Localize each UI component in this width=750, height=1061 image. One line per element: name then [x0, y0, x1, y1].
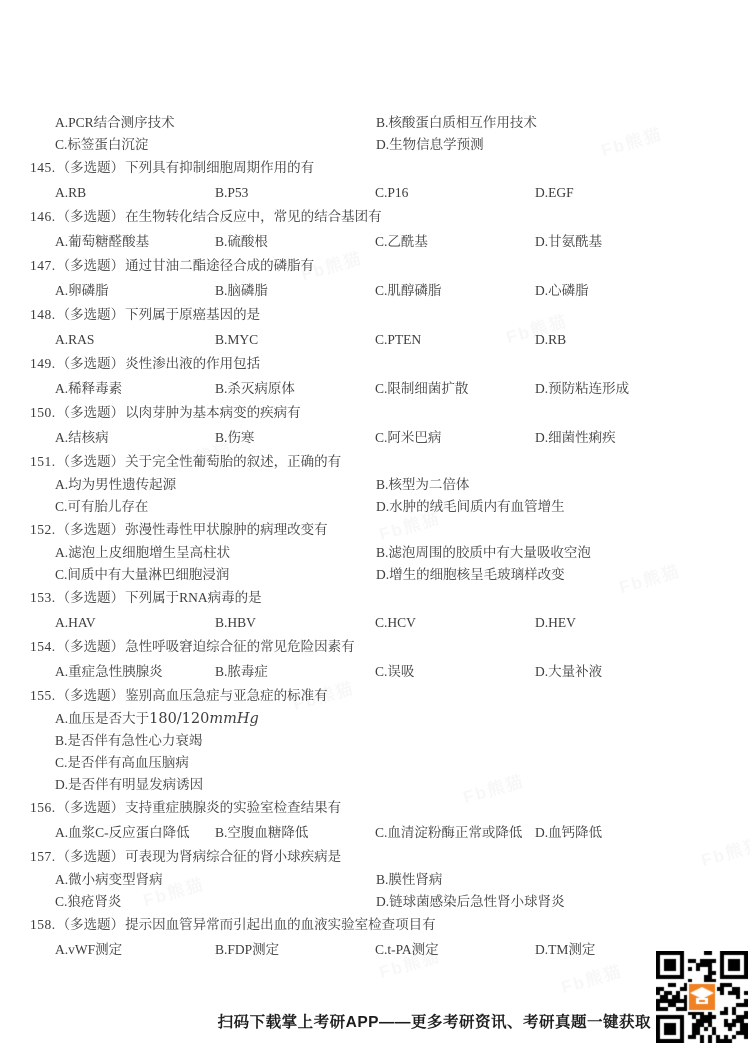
- question-type-tag: （多选题）: [57, 356, 125, 371]
- question-number: 152.: [30, 522, 56, 537]
- option-b: B.膜性肾病: [376, 869, 744, 891]
- question-stem-line: 157.（多选题）可表现为肾病综合征的肾小球疾病是: [30, 845, 744, 869]
- option-d: D.预防粘连形成: [535, 376, 744, 401]
- option-b: B.HBV: [215, 610, 375, 635]
- question-stem-line: 152.（多选题）弥漫性毒性甲状腺肿的病理改变有: [30, 518, 744, 542]
- option-d: D.增生的细胞核呈毛玻璃样改变: [376, 564, 744, 586]
- question-options: A.重症急性胰腺炎B.脓毒症C.误吸D.大量补液: [55, 659, 744, 684]
- question-type-tag: （多选题）: [57, 307, 125, 322]
- question-item: 157.（多选题）可表现为肾病综合征的肾小球疾病是 A.微小病变型肾病B.膜性肾…: [30, 845, 744, 913]
- option-c: C.血清淀粉酶正常或降低: [375, 820, 535, 845]
- question-stem-text: 鉴别高血压急症与亚急症的标准有: [125, 688, 328, 703]
- question-options: A.血浆C-反应蛋白降低B.空腹血糖降低C.血清淀粉酶正常或降低D.血钙降低: [55, 820, 744, 845]
- question-stem-line: 151.（多选题）关于完全性葡萄胎的叙述，正确的有: [30, 450, 744, 474]
- question-stem-text: 通过甘油二酯途径合成的磷脂有: [125, 258, 314, 273]
- question-item: 148.（多选题）下列属于原癌基因的是 A.RASB.MYCC.PTEND.RB: [30, 303, 744, 352]
- option-b: B.MYC: [215, 327, 375, 352]
- question-options: A.结核病B.伤寒C.阿米巴病D.细菌性痢疾: [55, 425, 744, 450]
- option-c: C.标签蛋白沉淀: [55, 134, 376, 156]
- question-stem-text: 可表现为肾病综合征的肾小球疾病是: [125, 849, 341, 864]
- option-a: A.vWF测定: [55, 937, 215, 962]
- question-stem-line: 154.（多选题）急性呼吸窘迫综合征的常见危险因素有: [30, 635, 744, 659]
- option-a: A.葡萄糖醛酸基: [55, 229, 215, 254]
- option-b: B.脓毒症: [215, 659, 375, 684]
- option-c: C.PTEN: [375, 327, 535, 352]
- question-options: A.稀释毒素B.杀灭病原体C.限制细菌扩散D.预防粘连形成: [55, 376, 744, 401]
- question-number: 155.: [30, 688, 56, 703]
- option-b: B.核酸蛋白质相互作用技术: [376, 112, 744, 134]
- question-options: A.均为男性遗传起源B.核型为二倍体C.可有胎儿存在D.水肿的绒毛间质内有血管增…: [55, 474, 744, 518]
- option-b: B.脑磷脂: [215, 278, 375, 303]
- question-type-tag: （多选题）: [57, 454, 125, 469]
- question-item: 156.（多选题）支持重症胰腺炎的实验室检查结果有 A.血浆C-反应蛋白降低B.…: [30, 796, 744, 845]
- option-b: B.伤寒: [215, 425, 375, 450]
- question-stem-line: 145.（多选题）下列具有抑制细胞周期作用的有: [30, 156, 744, 180]
- question-stem-text: 急性呼吸窘迫综合征的常见危险因素有: [125, 639, 355, 654]
- option-c: C.是否伴有高血压脑病: [55, 752, 744, 774]
- question-stem-text: 提示因血管异常而引起出血的血液实验室检查项目有: [125, 917, 436, 932]
- option-c: C.乙酰基: [375, 229, 535, 254]
- question-item: 155.（多选题）鉴别高血压急症与亚急症的标准有 A.血压是否大于180/120…: [30, 684, 744, 796]
- question-type-tag: （多选题）: [57, 522, 125, 537]
- question-item: 147.（多选题）通过甘油二酯途径合成的磷脂有 A.卵磷脂B.脑磷脂C.肌醇磷脂…: [30, 254, 744, 303]
- option-c: C.间质中有大量淋巴细胞浸润: [55, 564, 376, 586]
- option-c: C.阿米巴病: [375, 425, 535, 450]
- question-options: A.卵磷脂B.脑磷脂C.肌醇磷脂D.心磷脂: [55, 278, 744, 303]
- option-b: B.空腹血糖降低: [215, 820, 375, 845]
- option-c: C.HCV: [375, 610, 535, 635]
- question-stem-line: 158.（多选题）提示因血管异常而引起出血的血液实验室检查项目有: [30, 913, 744, 937]
- question-type-tag: （多选题）: [57, 849, 125, 864]
- question-type-tag: （多选题）: [57, 160, 125, 175]
- question-item: 149.（多选题）炎性渗出液的作用包括 A.稀释毒素B.杀灭病原体C.限制细菌扩…: [30, 352, 744, 401]
- question-number: 154.: [30, 639, 56, 654]
- option-a: A.RB: [55, 180, 215, 205]
- option-a: A.结核病: [55, 425, 215, 450]
- option-a: A.稀释毒素: [55, 376, 215, 401]
- blood-pressure-value: 180/120: [149, 711, 209, 727]
- question-number: 156.: [30, 800, 56, 815]
- question-stem-line: 156.（多选题）支持重症胰腺炎的实验室检查结果有: [30, 796, 744, 820]
- question-stem-text: 弥漫性毒性甲状腺肿的病理改变有: [125, 522, 328, 537]
- question-stem-line: 149.（多选题）炎性渗出液的作用包括: [30, 352, 744, 376]
- option-d: D.水肿的绒毛间质内有血管增生: [376, 496, 744, 518]
- question-number: 148.: [30, 307, 56, 322]
- option-c: C.狼疮肾炎: [55, 891, 376, 913]
- question-type-tag: （多选题）: [57, 800, 125, 815]
- question-options: A.HAVB.HBVC.HCVD.HEV: [55, 610, 744, 635]
- question-options: A.微小病变型肾病B.膜性肾病C.狼疮肾炎D.链球菌感染后急性肾小球肾炎: [55, 869, 744, 913]
- question-stem-line: 155.（多选题）鉴别高血压急症与亚急症的标准有: [30, 684, 744, 708]
- question-item: 150.（多选题）以肉芽肿为基本病变的疾病有 A.结核病B.伤寒C.阿米巴病D.…: [30, 401, 744, 450]
- option-d: D.血钙降低: [535, 820, 744, 845]
- question-item: 153.（多选题）下列属于RNA病毒的是 A.HAVB.HBVC.HCVD.HE…: [30, 586, 744, 635]
- option-d: D.心磷脂: [535, 278, 744, 303]
- question-options: A.血压是否大于180/120mmHgB.是否伴有急性心力衰竭C.是否伴有高血压…: [55, 708, 744, 796]
- question-number: 147.: [30, 258, 56, 273]
- question-stem-text: 以肉芽肿为基本病变的疾病有: [125, 405, 301, 420]
- question-stem-text: 支持重症胰腺炎的实验室检查结果有: [125, 800, 341, 815]
- option-a: A.卵磷脂: [55, 278, 215, 303]
- question-item: 145.（多选题）下列具有抑制细胞周期作用的有 A.RBB.P53C.P16D.…: [30, 156, 744, 205]
- question-type-tag: （多选题）: [57, 590, 125, 605]
- question-type-tag: （多选题）: [57, 639, 125, 654]
- app-download-qr-code: [656, 951, 748, 1043]
- qr-code-image: [656, 951, 748, 1043]
- question-list: A.PCR结合测序技术B.核酸蛋白质相互作用技术C.标签蛋白沉淀D.生物信息学预…: [30, 112, 744, 962]
- question-stem-line: 150.（多选题）以肉芽肿为基本病变的疾病有: [30, 401, 744, 425]
- question-stem-line: 148.（多选题）下列属于原癌基因的是: [30, 303, 744, 327]
- option-a: A.血浆C-反应蛋白降低: [55, 820, 215, 845]
- option-a: A.微小病变型肾病: [55, 869, 376, 891]
- question-number: 149.: [30, 356, 56, 371]
- option-b: B.P53: [215, 180, 375, 205]
- blood-pressure-unit: mmHg: [209, 711, 258, 727]
- option-c: C.P16: [375, 180, 535, 205]
- question-number: 158.: [30, 917, 56, 932]
- option-d: D.HEV: [535, 610, 744, 635]
- option-b: B.滤泡周围的胶质中有大量吸收空泡: [376, 542, 744, 564]
- question-item: 152.（多选题）弥漫性毒性甲状腺肿的病理改变有 A.滤泡上皮细胞增生呈高柱状B…: [30, 518, 744, 586]
- question-item: 146.（多选题）在生物转化结合反应中，常见的结合基团有 A.葡萄糖醛酸基B.硫…: [30, 205, 744, 254]
- question-number: 150.: [30, 405, 56, 420]
- question-number: 146.: [30, 209, 56, 224]
- question-item: A.PCR结合测序技术B.核酸蛋白质相互作用技术C.标签蛋白沉淀D.生物信息学预…: [30, 112, 744, 156]
- question-number: 157.: [30, 849, 56, 864]
- question-number: 151.: [30, 454, 56, 469]
- option-a: A.PCR结合测序技术: [55, 112, 376, 134]
- footer-promo-text: 扫码下载掌上考研APP——更多考研资讯、考研真题一键获取: [218, 1010, 651, 1032]
- question-number: 153.: [30, 590, 56, 605]
- question-options: A.PCR结合测序技术B.核酸蛋白质相互作用技术C.标签蛋白沉淀D.生物信息学预…: [55, 112, 744, 156]
- question-stem-text: 下列属于原癌基因的是: [125, 307, 260, 322]
- option-a: A.血压是否大于180/120mmHg: [55, 708, 744, 730]
- option-b: B.核型为二倍体: [376, 474, 744, 496]
- question-options: A.滤泡上皮细胞增生呈高柱状B.滤泡周围的胶质中有大量吸收空泡C.间质中有大量淋…: [55, 542, 744, 586]
- option-d: D.EGF: [535, 180, 744, 205]
- question-stem-text: 关于完全性葡萄胎的叙述，正确的有: [125, 454, 341, 469]
- question-type-tag: （多选题）: [57, 405, 125, 420]
- page-footer: 扫码下载掌上考研APP——更多考研资讯、考研真题一键获取: [218, 951, 748, 1043]
- question-stem-text: 下列具有抑制细胞周期作用的有: [125, 160, 314, 175]
- question-stem-text: 在生物转化结合反应中，常见的结合基团有: [125, 209, 382, 224]
- option-a: A.滤泡上皮细胞增生呈高柱状: [55, 542, 376, 564]
- question-stem-text: 下列属于RNA病毒的是: [125, 590, 262, 605]
- option-a: A.重症急性胰腺炎: [55, 659, 215, 684]
- question-type-tag: （多选题）: [57, 688, 125, 703]
- option-d: D.是否伴有明显发病诱因: [55, 774, 744, 796]
- question-options: A.RBB.P53C.P16D.EGF: [55, 180, 744, 205]
- question-item: 151.（多选题）关于完全性葡萄胎的叙述，正确的有 A.均为男性遗传起源B.核型…: [30, 450, 744, 518]
- option-b: B.杀灭病原体: [215, 376, 375, 401]
- option-d: D.甘氨酰基: [535, 229, 744, 254]
- exam-document-page: Fb熊猫Fb熊猫Fb熊猫Fb熊猫Fb熊猫Fb熊猫Fb熊猫Fb熊猫Fb熊猫Fb熊猫…: [0, 0, 750, 1061]
- option-c: C.限制细菌扩散: [375, 376, 535, 401]
- option-c: C.误吸: [375, 659, 535, 684]
- option-d: D.生物信息学预测: [376, 134, 744, 156]
- option-d: D.细菌性痢疾: [535, 425, 744, 450]
- option-a: A.均为男性遗传起源: [55, 474, 376, 496]
- question-options: A.RASB.MYCC.PTEND.RB: [55, 327, 744, 352]
- question-stem-text: 炎性渗出液的作用包括: [125, 356, 260, 371]
- option-c: C.肌醇磷脂: [375, 278, 535, 303]
- option-d: D.大量补液: [535, 659, 744, 684]
- option-d: D.链球菌感染后急性肾小球肾炎: [376, 891, 744, 913]
- option-b: B.是否伴有急性心力衰竭: [55, 730, 744, 752]
- option-d: D.RB: [535, 327, 744, 352]
- option-c: C.可有胎儿存在: [55, 496, 376, 518]
- question-options: A.葡萄糖醛酸基B.硫酸根C.乙酰基D.甘氨酰基: [55, 229, 744, 254]
- question-type-tag: （多选题）: [57, 258, 125, 273]
- question-stem-line: 147.（多选题）通过甘油二酯途径合成的磷脂有: [30, 254, 744, 278]
- question-item: 154.（多选题）急性呼吸窘迫综合征的常见危险因素有 A.重症急性胰腺炎B.脓毒…: [30, 635, 744, 684]
- question-type-tag: （多选题）: [57, 917, 125, 932]
- question-stem-line: 153.（多选题）下列属于RNA病毒的是: [30, 586, 744, 610]
- option-a: A.RAS: [55, 327, 215, 352]
- option-a: A.HAV: [55, 610, 215, 635]
- question-stem-line: 146.（多选题）在生物转化结合反应中，常见的结合基团有: [30, 205, 744, 229]
- question-number: 145.: [30, 160, 56, 175]
- question-type-tag: （多选题）: [57, 209, 125, 224]
- option-b: B.硫酸根: [215, 229, 375, 254]
